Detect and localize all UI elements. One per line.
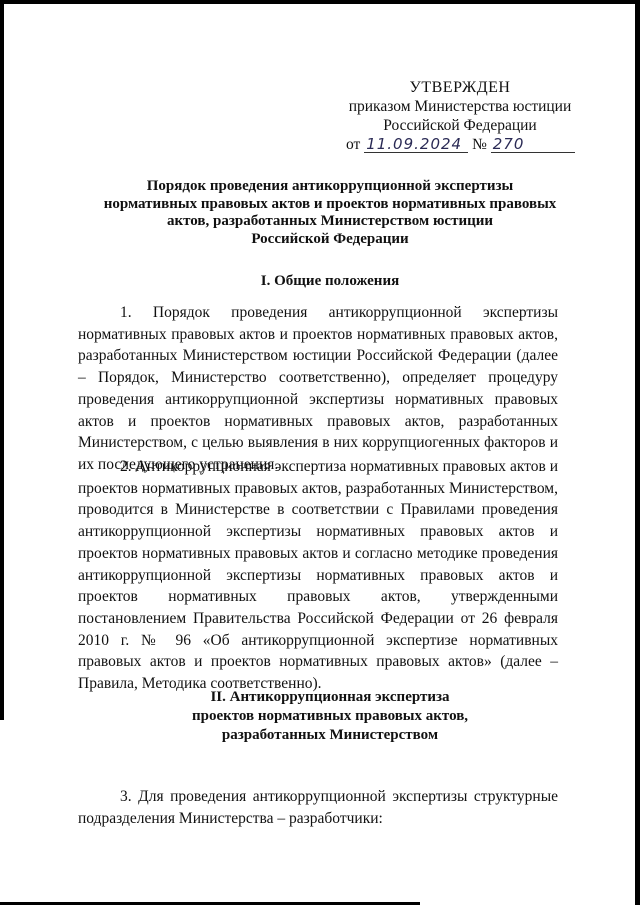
approval-dateline: от 11.09.2024 № 270 — [340, 135, 580, 154]
scan-border-right — [635, 0, 640, 905]
section-2-heading-line-1: II. Антикоррупционная экспертиза — [60, 688, 600, 707]
handwritten-number: 270 — [491, 136, 575, 153]
approval-line-2: Российской Федерации — [340, 116, 580, 135]
approval-stamp: УТВЕРЖДЕН приказом Министерства юстиции … — [340, 78, 580, 154]
section-1-heading: I. Общие положения — [60, 272, 600, 291]
document-title-line-3: актов, разработанных Министерством юстиц… — [60, 213, 600, 231]
document-title: Порядок проведения антикоррупционной экс… — [60, 178, 600, 248]
paragraph-3: 3. Для проведения антикоррупционной эксп… — [78, 786, 558, 829]
document-title-line-2: нормативных правовых актов и проектов но… — [60, 196, 600, 214]
number-prefix: № — [472, 136, 487, 153]
section-2-heading: II. Антикоррупционная экспертиза проекто… — [60, 688, 600, 745]
document-title-line-1: Порядок проведения антикоррупционной экс… — [60, 178, 600, 196]
approval-line-1: приказом Министерства юстиции — [340, 97, 580, 116]
paragraph-2: 2. Антикоррупционная экспертиза норматив… — [78, 456, 558, 695]
date-prefix: от — [346, 136, 360, 153]
section-2-heading-line-2: проектов нормативных правовых актов, — [60, 707, 600, 726]
paragraph-1: 1. Порядок проведения антикоррупционной … — [78, 302, 558, 476]
handwritten-date: 11.09.2024 — [364, 136, 468, 153]
approval-title: УТВЕРЖДЕН — [340, 78, 580, 97]
scan-border-left — [0, 0, 4, 720]
document-title-line-4: Российской Федерации — [60, 231, 600, 249]
section-2-heading-line-3: разработанных Министерством — [60, 726, 600, 745]
scan-border-top — [0, 0, 640, 4]
